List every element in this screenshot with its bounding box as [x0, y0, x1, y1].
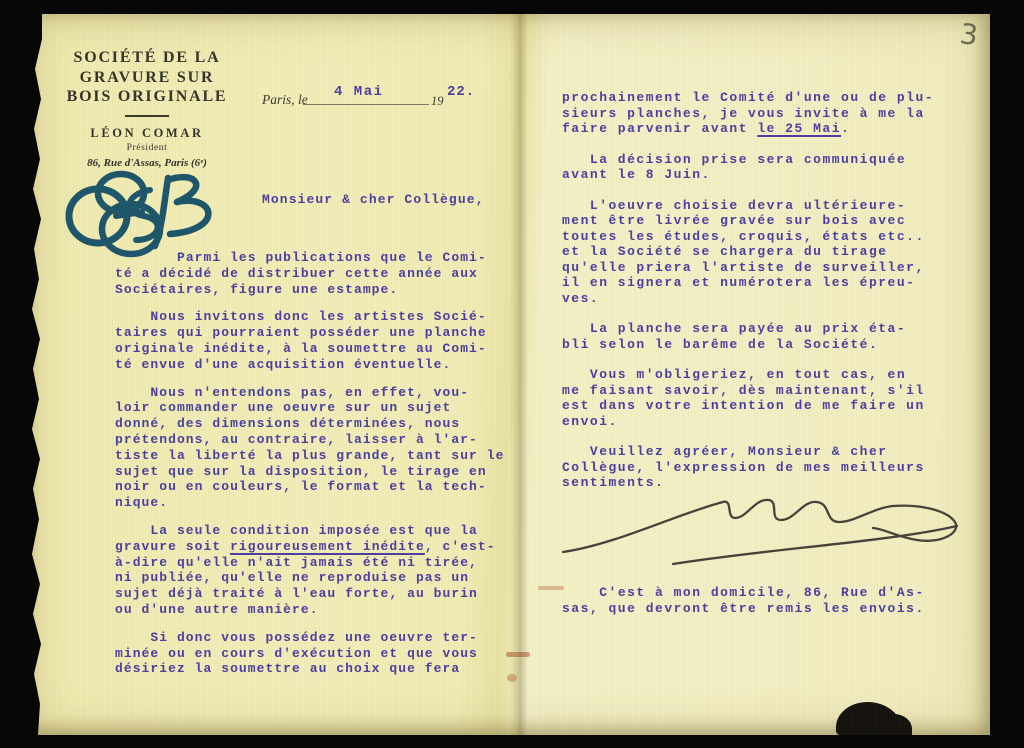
president-name: LÉON COMAR	[54, 126, 240, 141]
dateline-prefix: Paris, le	[262, 92, 308, 108]
typed-year: 22.	[447, 84, 475, 100]
paragraph: Parmi les publications que le Comi- té a…	[115, 250, 517, 297]
paragraph: La planche sera payée au prix éta- bli s…	[562, 321, 954, 352]
paragraph: La seule condition imposée est que la gr…	[115, 523, 517, 618]
org-name-line: BOIS ORIGINALE	[54, 87, 240, 107]
letter-paper: SOCIÉTÉ DE LA GRAVURE SUR BOIS ORIGINALE…	[28, 14, 990, 735]
right-column: prochainement le Comité d'une ou de plu-…	[562, 90, 954, 506]
paragraph: Si donc vous possédez une oeuvre ter- mi…	[115, 630, 517, 677]
org-name-line: GRAVURE SUR	[54, 68, 240, 88]
postscript: C'est à mon domicile, 86, Rue d'As- sas,…	[562, 585, 962, 616]
scanned-letter-page: SOCIÉTÉ DE LA GRAVURE SUR BOIS ORIGINALE…	[0, 0, 1024, 748]
paragraph: Nous invitons donc les artistes Socié- t…	[115, 309, 517, 372]
dateline-year-prefix: 19	[431, 94, 444, 109]
salutation: Monsieur & cher Collègue,	[262, 192, 485, 207]
letterhead: SOCIÉTÉ DE LA GRAVURE SUR BOIS ORIGINALE…	[54, 48, 240, 169]
org-name-line: SOCIÉTÉ DE LA	[54, 48, 240, 68]
stain-mark	[506, 652, 530, 657]
paragraph: prochainement le Comité d'une ou de plu-…	[562, 90, 954, 137]
dateline-rule	[303, 104, 429, 105]
left-column: Parmi les publications que le Comi- té a…	[115, 250, 517, 689]
signature-icon	[555, 482, 981, 578]
letterhead-divider	[125, 115, 169, 117]
stain-mark	[538, 586, 564, 590]
stain-mark	[507, 674, 517, 682]
ink-blot	[878, 714, 912, 738]
paragraph: Nous n'entendons pas, en effet, vou- loi…	[115, 385, 517, 511]
paragraph: L'oeuvre choisie devra ultérieure- ment …	[562, 198, 954, 307]
typed-date: 4 Mai	[334, 84, 384, 100]
paragraph: Vous m'obligeriez, en tout cas, en me fa…	[562, 367, 954, 429]
paragraph: La décision prise sera communiquée avant…	[562, 152, 954, 183]
handwritten-page-number: 3	[958, 17, 980, 52]
president-title: Président	[54, 143, 240, 153]
